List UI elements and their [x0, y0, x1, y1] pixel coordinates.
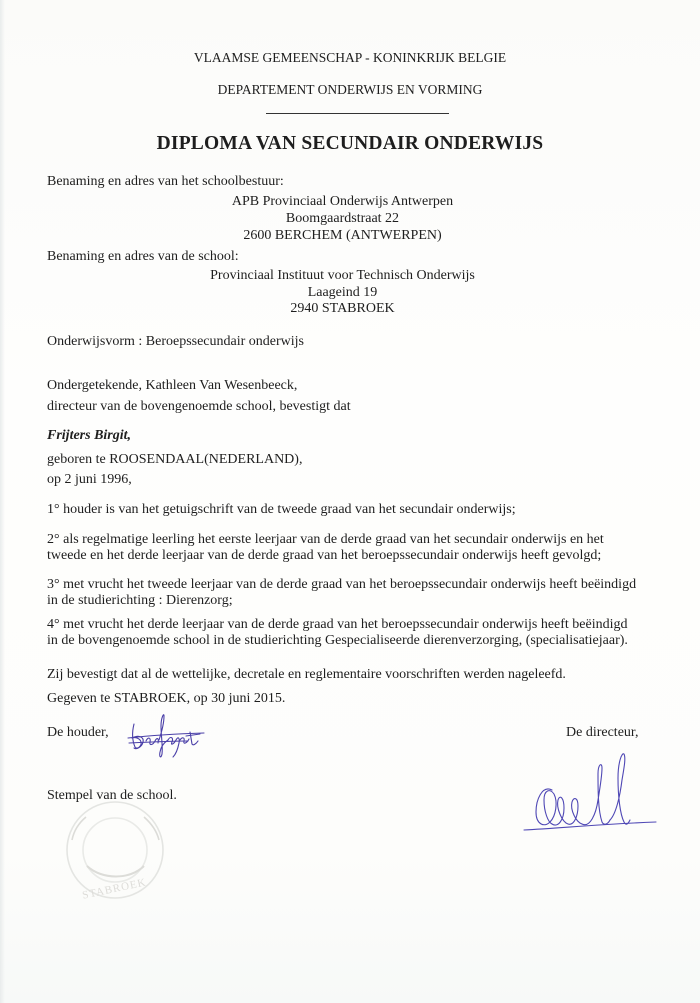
header-divider	[266, 113, 449, 114]
diploma-page: VLAAMSE GEMEENSCHAP - KONINKRIJK BELGIE …	[0, 0, 700, 1003]
confirmation-statement: Zij bevestigt dat al de wettelijke, decr…	[47, 667, 566, 683]
student-birthplace: geboren te ROOSENDAAL(NEDERLAND),	[47, 452, 302, 468]
schoolbestuur-street: Boomgaardstraat 22	[230, 211, 455, 227]
director-signature-icon	[522, 750, 662, 835]
header-line-2: DEPARTEMENT ONDERWIJS EN VORMING	[0, 82, 700, 98]
holder-signature-icon	[126, 710, 206, 762]
school-name: Provinciaal Instituut voor Technisch Ond…	[200, 268, 485, 284]
student-birthdate: op 2 juni 1996,	[47, 472, 132, 488]
school-label: Benaming en adres van de school:	[47, 249, 239, 265]
clause-3-line-1: 3° met vrucht het tweede leerjaar van de…	[47, 577, 636, 593]
clause-2-line-2: tweede en het derde leerjaar van de derd…	[47, 548, 601, 564]
onderwijsvorm: Onderwijsvorm : Beroepssecundair onderwi…	[47, 334, 304, 350]
document-title: DIPLOMA VAN SECUNDAIR ONDERWIJS	[0, 133, 700, 155]
issued-place-date: Gegeven te STABROEK, op 30 juni 2015.	[47, 691, 285, 707]
schoolbestuur-city: 2600 BERCHEM (ANTWERPEN)	[230, 228, 455, 244]
director-label: De directeur,	[566, 725, 639, 741]
schoolbestuur-label: Benaming en adres van het schoolbestuur:	[47, 174, 284, 190]
school-stamp-icon: STABROEK	[52, 800, 182, 910]
clause-4-line-1: 4° met vrucht het derde leerjaar van de …	[47, 617, 628, 633]
clause-2-line-1: 2° als regelmatige leerling het eerste l…	[47, 532, 604, 548]
school-street: Laageind 19	[200, 285, 485, 301]
clause-3-line-2: in de studierichting : Dierenzorg;	[47, 593, 233, 609]
school-city: 2940 STABROEK	[200, 301, 485, 317]
student-name: Frijters Birgit,	[47, 428, 131, 444]
clause-1: 1° houder is van het getuigschrift van d…	[47, 502, 516, 518]
signatory-line-1: Ondergetekende, Kathleen Van Wesenbeeck,	[47, 378, 297, 394]
signatory-line-2: directeur van de bovengenoemde school, b…	[47, 399, 351, 415]
clause-4-line-2: in de bovengenoemde school in de studier…	[47, 633, 628, 649]
header-line-1: VLAAMSE GEMEENSCHAP - KONINKRIJK BELGIE	[0, 50, 700, 66]
holder-label: De houder,	[47, 725, 109, 741]
schoolbestuur-name: APB Provinciaal Onderwijs Antwerpen	[230, 194, 455, 210]
